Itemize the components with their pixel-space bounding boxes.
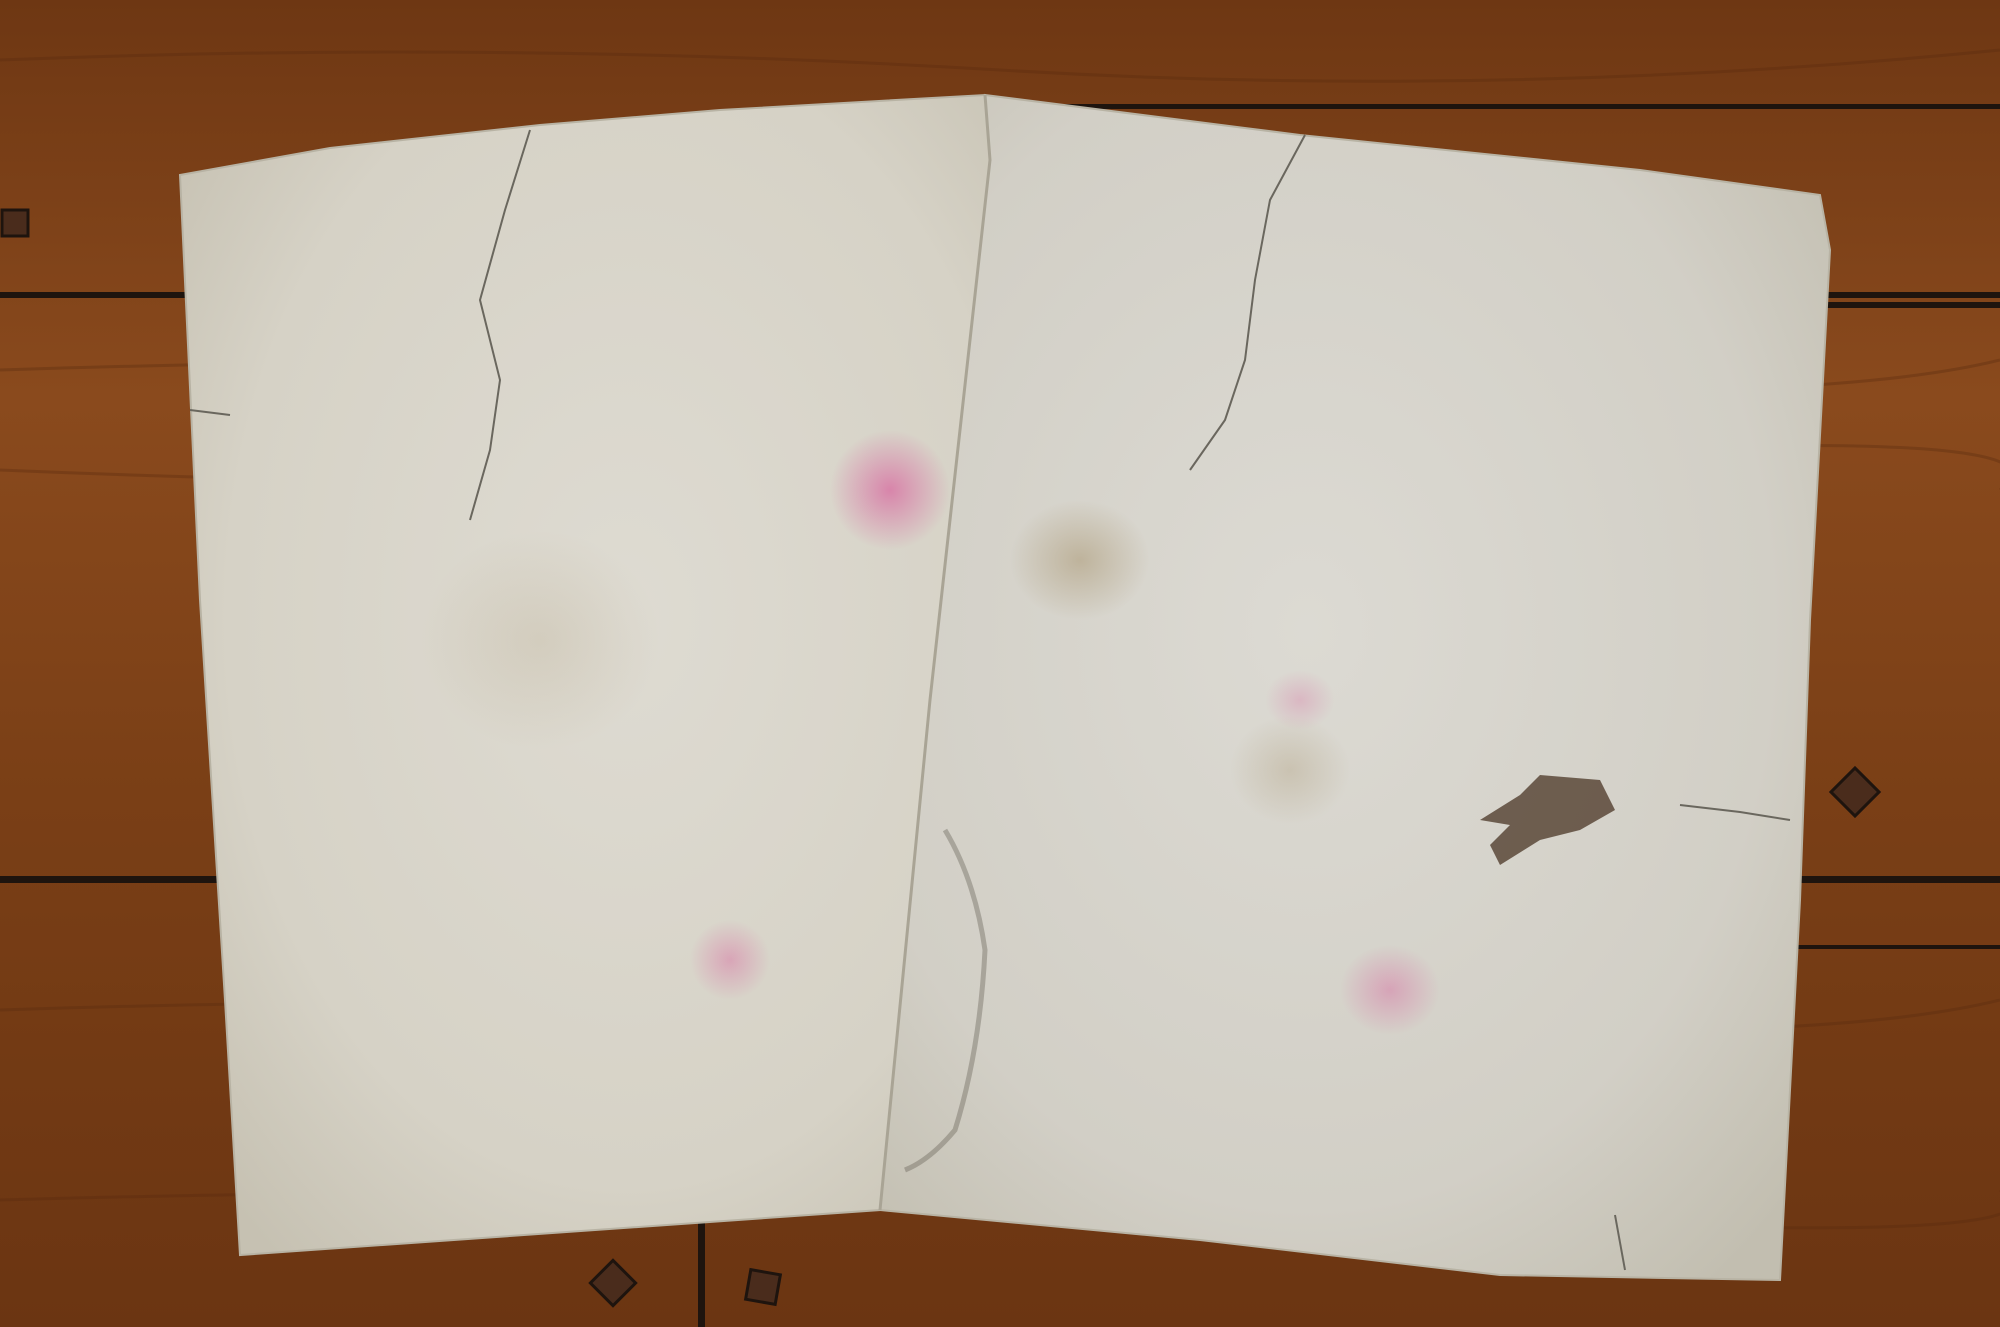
scene-illustration <box>0 0 2000 1327</box>
pink-stain <box>830 430 950 550</box>
photo-scene <box>0 0 2000 1327</box>
water-stain <box>1010 500 1150 620</box>
paper-right-page <box>880 95 1830 1280</box>
